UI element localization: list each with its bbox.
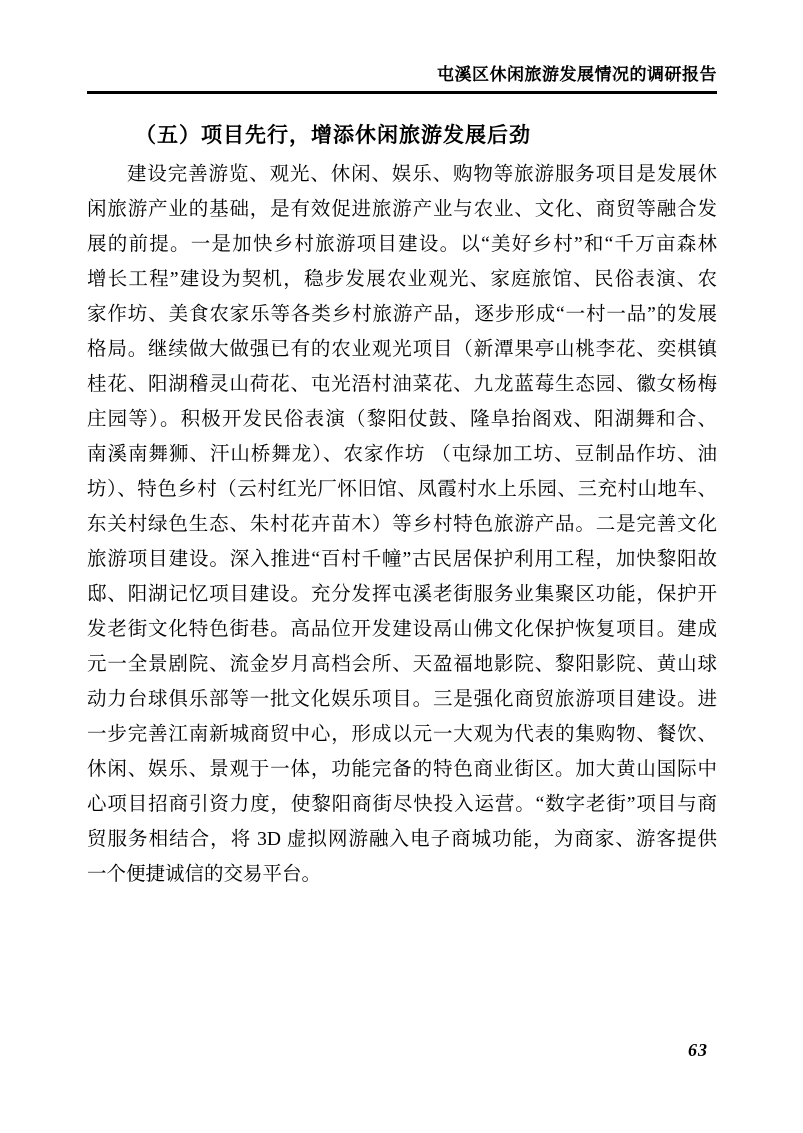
body-line: 建设完善游览、观光、休闲、娱乐、购物等旅游服务项目是发展休 bbox=[87, 157, 717, 192]
body-line: 闲旅游产业的基础，是有效促进旅游产业与农业、文化、商贸等融合发 bbox=[87, 192, 717, 227]
section-heading: （五）项目先行，增添休闲旅游发展后劲 bbox=[87, 120, 717, 150]
body-line: 休闲、娱乐、景观于一体，功能完备的特色商业街区。加大黄山国际中 bbox=[87, 752, 717, 787]
body-line: 家作坊、美食农家乐等各类乡村旅游产品，逐步形成“一村一品”的发展 bbox=[87, 297, 717, 332]
body-line: 发老街文化特色街巷。高品位开发建设鬲山佛文化保护恢复项目。建成 bbox=[87, 612, 717, 647]
body-line: 动力台球俱乐部等一批文化娱乐项目。三是强化商贸旅游项目建设。进 bbox=[87, 682, 717, 717]
body-line: 邸、阳湖记忆项目建设。充分发挥屯溪老街服务业集聚区功能，保护开 bbox=[87, 577, 717, 612]
body-line: 一个便捷诚信的交易平台。 bbox=[87, 857, 717, 892]
body-line: 旅游项目建设。深入推进“百村千幢”古民居保护利用工程，加快黎阳故 bbox=[87, 542, 717, 577]
body-line: 庄园等）。积极开发民俗表演（黎阳仗鼓、隆阜抬阁戏、阳湖舞和合、 bbox=[87, 402, 717, 437]
body-line: 一步完善江南新城商贸中心，形成以元一大观为代表的集购物、餐饮、 bbox=[87, 717, 717, 752]
body-line: 元一全景剧院、流金岁月高档会所、天盈福地影院、黎阳影院、黄山球 bbox=[87, 647, 717, 682]
body-line: 格局。继续做大做强已有的农业观光项目（新潭果亭山桃李花、奕棋镇 bbox=[87, 332, 717, 367]
body-line: 东关村绿色生态、朱村花卉苗木）等乡村特色旅游产品。二是完善文化 bbox=[87, 507, 717, 542]
body-line: 南溪南舞狮、汗山桥舞龙）、农家作坊 （屯绿加工坊、豆制品作坊、油 bbox=[87, 437, 717, 472]
body-line: 贸服务相结合，将 3D 虚拟网游融入电子商城功能，为商家、游客提供 bbox=[87, 822, 717, 857]
body-line: 坊）、特色乡村（云村红光厂怀旧馆、凤霞村水上乐园、三充村山地车、 bbox=[87, 472, 717, 507]
page-number: 63 bbox=[688, 1040, 708, 1061]
running-header: 屯溪区休闲旅游发展情况的调研报告 bbox=[87, 62, 717, 94]
body-line: 心项目招商引资力度，使黎阳商街尽快投入运营。“数字老街”项目与商 bbox=[87, 787, 717, 822]
body-line: 增长工程”建设为契机，稳步发展农业观光、家庭旅馆、民俗表演、农 bbox=[87, 262, 717, 297]
document-page: 屯溪区休闲旅游发展情况的调研报告 （五）项目先行，增添休闲旅游发展后劲 建设完善… bbox=[0, 0, 803, 1133]
body-paragraph: 建设完善游览、观光、休闲、娱乐、购物等旅游服务项目是发展休 闲旅游产业的基础，是… bbox=[87, 157, 717, 892]
body-line: 展的前提。一是加快乡村旅游项目建设。以“美好乡村”和“千万亩森林 bbox=[87, 227, 717, 262]
body-line: 桂花、阳湖稽灵山荷花、屯光浯村油菜花、九龙蓝莓生态园、徽女杨梅 bbox=[87, 367, 717, 402]
